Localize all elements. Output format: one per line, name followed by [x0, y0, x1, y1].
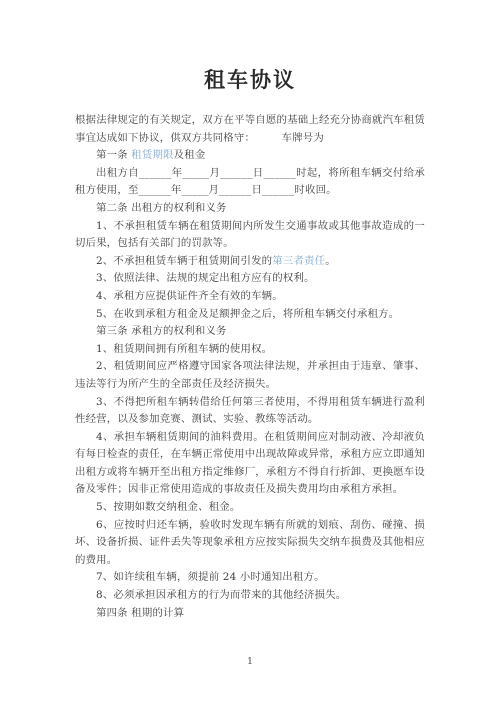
text-run: 第二条 出租方的权利和义务 [96, 202, 227, 214]
text-run: 及租金 [174, 149, 206, 161]
text-run: 根据法律规定的有关规定，双方在平等自愿的基础上经充分协商就汽车租赁事宜达成如下协… [75, 114, 425, 144]
text-run: 第一条 [96, 149, 131, 161]
text-run: 6、应按时归还车辆，验收时发现车辆有所就的划痕、刮伤、碰撞、损坏、设备折损、证件… [75, 519, 425, 566]
paragraph: 1、不承担租赁车辆在租赁期间内所发生交通事故或其他事故造成的一切后果，包括有关部… [75, 218, 425, 253]
document-page: 租车协议 根据法律规定的有关规定，双方在平等自愿的基础上经充分协商就汽车租赁事宜… [0, 0, 500, 707]
paragraph: 6、应按时归还车辆，验收时发现车辆有所就的划痕、刮伤、碰撞、损坏、设备折损、证件… [75, 517, 425, 570]
paragraph: 4、承担车辆租赁期间的油料费用。在租赁期间应对制动液、冷却液负有每日检查的责任，… [75, 429, 425, 499]
text-run: 1、不承担租赁车辆在租赁期间内所发生交通事故或其他事故造成的一切后果，包括有关部… [75, 220, 425, 250]
text-run: 8、必须承担因承租方的行为而带来的其他经济损失。 [96, 589, 346, 601]
text-run: 出租方自______年_____月______日______时起，将所租车辆交付… [75, 167, 425, 197]
paragraph: 5、按期如数交纳租金、租金。 [75, 499, 425, 517]
paragraph: 1、租赁期间拥有所租车辆的使用权。 [75, 341, 425, 359]
text-run: 2、租赁期间应严格遵守国家各项法律法规，并承担由于违章、肇事、违法等行为所产生的… [75, 360, 425, 390]
document-title: 租车协议 [75, 66, 425, 94]
paragraph: 第四条 租期的计算 [75, 605, 425, 623]
text-run: 3、不得把所租车辆转借给任何第三者使用，不得用租赁车辆进行盈利性经营，以及参加竞… [75, 396, 425, 426]
text-run: 第三条 承租方的权利和义务 [96, 325, 227, 337]
text-run: 5、在收到承租方租金及足额押金之后，将所租车辆交付承租方。 [96, 308, 399, 320]
text-run: 1、租赁期间拥有所租车辆的使用权。 [96, 343, 272, 355]
text-run: 7、如许续租车辆，须提前 24 小时通知出租方。 [96, 571, 325, 583]
document-body: 根据法律规定的有关规定，双方在平等自愿的基础上经充分协商就汽车租赁事宜达成如下协… [75, 112, 425, 622]
text-run: 4、承租方应提供证件齐全有效的车辆。 [96, 290, 283, 302]
third-party-liability-link[interactable]: 第三者责任 [272, 255, 325, 267]
paragraph: 3、依照法律、法规的规定出租方应有的权利。 [75, 270, 425, 288]
page-number: 1 [0, 656, 500, 667]
text-run: 。 [325, 255, 336, 267]
text-run: 2、不承担租赁车辆于租赁期间引发的 [96, 255, 272, 267]
text-run: 3、依照法律、法规的规定出租方应有的权利。 [96, 272, 315, 284]
text-run: 4、承担车辆租赁期间的油料费用。在租赁期间应对制动液、冷却液负有每日检查的责任，… [75, 431, 425, 496]
paragraph: 8、必须承担因承租方的行为而带来的其他经济损失。 [75, 587, 425, 605]
paragraph: 4、承租方应提供证件齐全有效的车辆。 [75, 288, 425, 306]
paragraph: 第三条 承租方的权利和义务 [75, 323, 425, 341]
paragraph: 第一条 租赁期限及租金 [75, 147, 425, 165]
paragraph: 2、不承担租赁车辆于租赁期间引发的第三者责任。 [75, 253, 425, 271]
rental-term-link[interactable]: 租赁期限 [131, 149, 173, 161]
text-run: 5、按期如数交纳租金、租金。 [96, 501, 241, 513]
text-run: 第四条 租期的计算 [96, 607, 184, 619]
paragraph: 5、在收到承租方租金及足额押金之后，将所租车辆交付承租方。 [75, 306, 425, 324]
paragraph: 7、如许续租车辆，须提前 24 小时通知出租方。 [75, 569, 425, 587]
paragraph: 根据法律规定的有关规定，双方在平等自愿的基础上经充分协商就汽车租赁事宜达成如下协… [75, 112, 425, 147]
paragraph: 3、不得把所租车辆转借给任何第三者使用，不得用租赁车辆进行盈利性经营，以及参加竞… [75, 394, 425, 429]
paragraph: 出租方自______年_____月______日______时起，将所租车辆交付… [75, 165, 425, 200]
paragraph: 第二条 出租方的权利和义务 [75, 200, 425, 218]
paragraph: 2、租赁期间应严格遵守国家各项法律法规，并承担由于违章、肇事、违法等行为所产生的… [75, 358, 425, 393]
